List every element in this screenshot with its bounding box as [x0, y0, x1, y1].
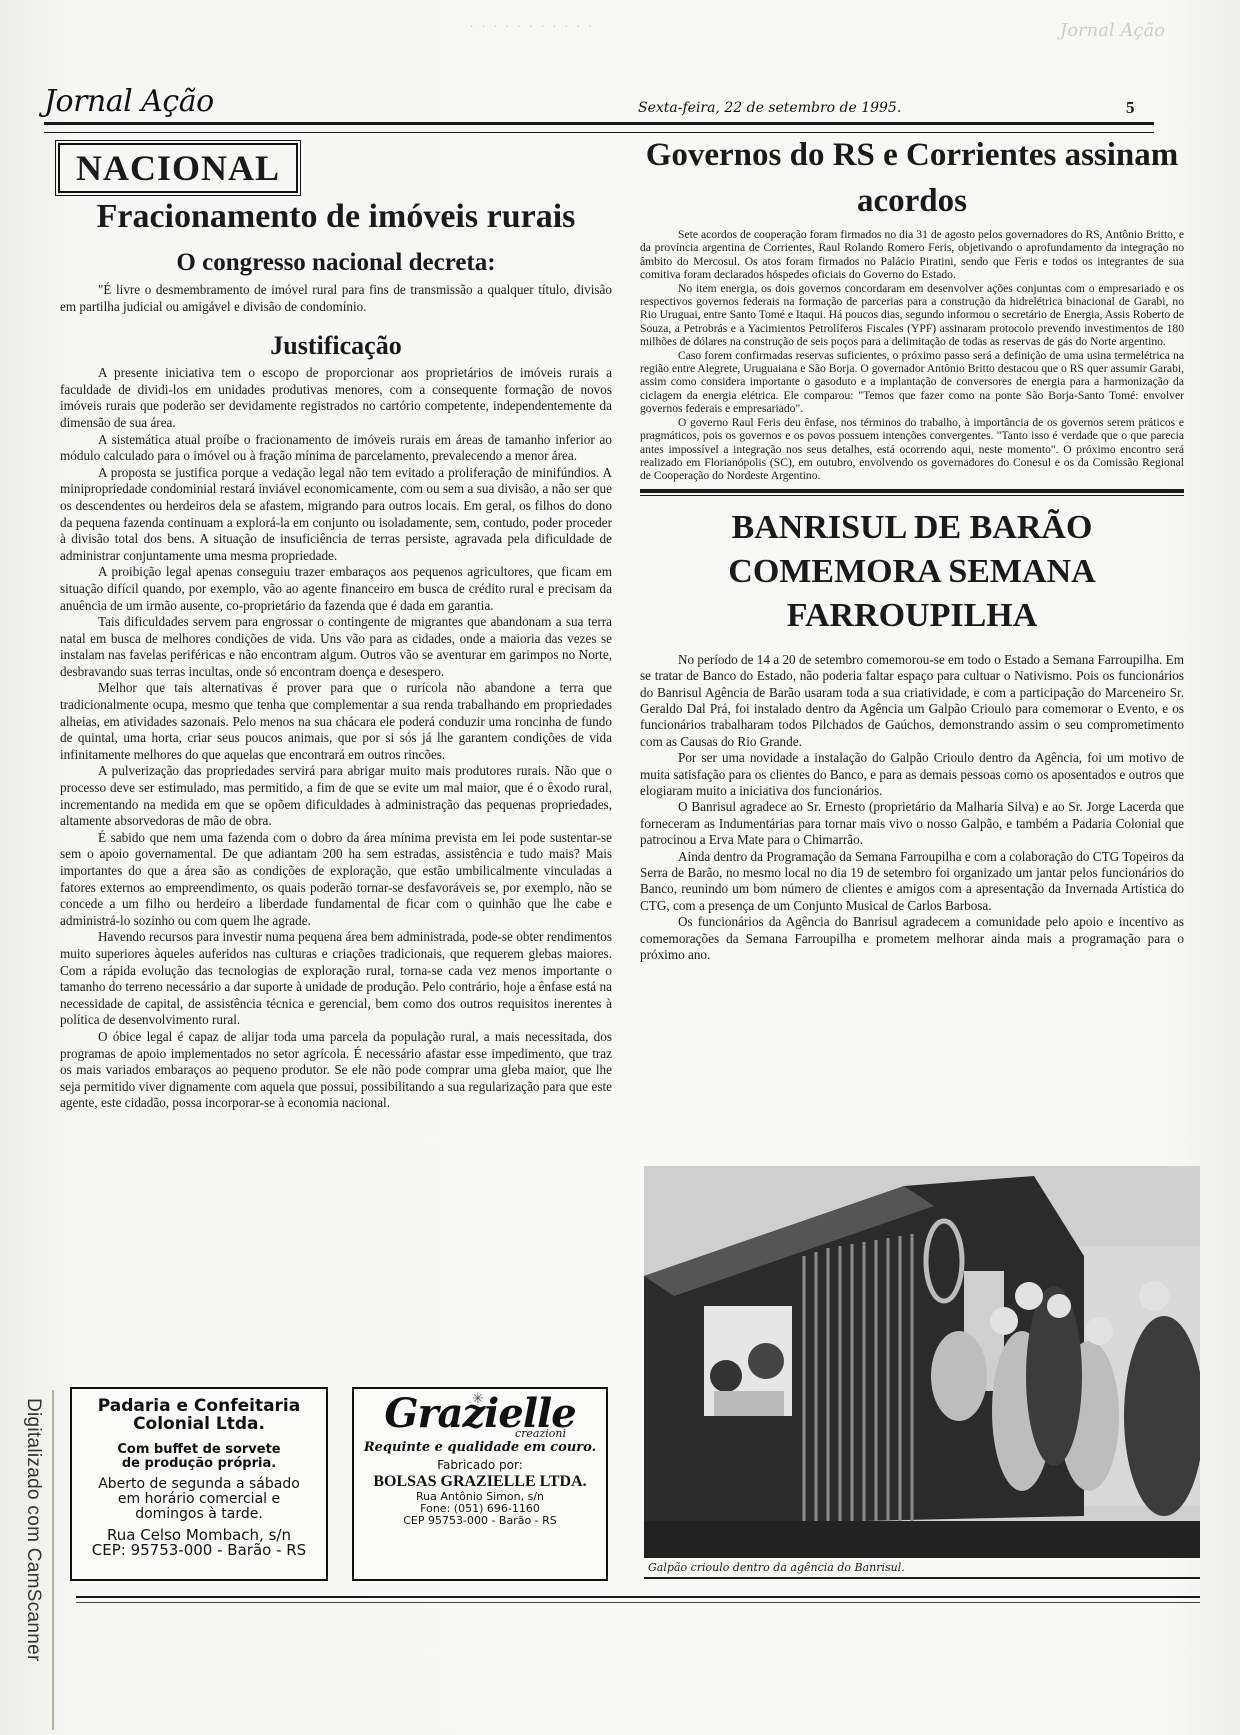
- ad-padaria-colonial: Padaria e Confeitaria Colonial Ltda. Com…: [70, 1387, 328, 1581]
- ad-hours: Aberto de segunda a sábado em horário co…: [72, 1477, 326, 1522]
- article-fracionamento: Fracionamento de imóveis rurais O congre…: [60, 196, 612, 1112]
- ad-title-line: Colonial Ltda.: [133, 1414, 265, 1434]
- ad-company: BOLSAS GRAZIELLE LTDA.: [354, 1473, 606, 1491]
- headline-line: FARROUPILHA: [787, 597, 1038, 634]
- paragraph: A sistemática atual proíbe o fracionamen…: [60, 432, 612, 465]
- paragraph: A presente iniciativa tem o escopo de pr…: [60, 365, 612, 431]
- ad-sub-line: Com buffet de sorvete: [117, 1442, 280, 1457]
- paragraph: O governo Raul Feris deu ênfase, nos tér…: [640, 416, 1184, 483]
- ad-bolsas-grazielle: ✳ Grazielle creazioni Requinte e qualida…: [352, 1387, 608, 1581]
- ad-tagline: Requinte e qualidade em couro.: [354, 1440, 606, 1455]
- ad-address: Rua Celso Mombach, s/n CEP: 95753-000 - …: [72, 1528, 326, 1558]
- ad-title: Padaria e Confeitaria Colonial Ltda.: [72, 1397, 326, 1433]
- paragraph: Melhor que tais alternativas é prover pa…: [60, 680, 612, 763]
- masthead: Jornal Ação Sexta-feira, 22 de setembro …: [44, 84, 1144, 124]
- paragraph: Ainda dentro da Programação da Semana Fa…: [640, 849, 1184, 915]
- paragraph: Tais dificuldades servem para engrossar …: [60, 614, 612, 680]
- article-governos: Governos do RS e Corrientes assinam acor…: [640, 132, 1184, 483]
- article-subhead-justification: Justificação: [60, 331, 612, 361]
- sunburst-icon: ✳: [472, 1391, 484, 1407]
- article-body: No período de 14 a 20 de setembro comemo…: [640, 652, 1184, 964]
- paragraph: O óbice legal é capaz de alijar toda uma…: [60, 1029, 612, 1112]
- article-body: Sete acordos de cooperação foram firmado…: [640, 228, 1184, 483]
- paragraph: Por ser uma novidade a instalação do Gal…: [640, 750, 1184, 799]
- photo-galpao-crioulo: [644, 1166, 1200, 1558]
- newspaper-page: · · · · · · · · · · · Jornal Ação Digita…: [0, 0, 1240, 1735]
- ad-title-line: Padaria e Confeitaria: [98, 1396, 300, 1416]
- headline-line: COMEMORA SEMANA: [728, 553, 1095, 590]
- ad-hours-line: em horário comercial e: [118, 1491, 280, 1507]
- decree-paragraph: "É livre o desmembramento de imóvel rura…: [60, 282, 612, 315]
- paragraph: A proibição legal apenas conseguiu traze…: [60, 564, 612, 614]
- issue-date: Sexta-feira, 22 de setembro de 1995.: [638, 100, 901, 116]
- article-divider-thin: [640, 495, 1184, 496]
- article-banrisul: BANRISUL DE BARÃO COMEMORA SEMANA FARROU…: [640, 506, 1184, 964]
- ad-made-by: Fabricado por:: [354, 1458, 606, 1472]
- page-number: 5: [1126, 98, 1135, 118]
- article-headline: Fracionamento de imóveis rurais: [60, 196, 612, 238]
- paragraph: É sabido que nem uma fazenda com o dobro…: [60, 830, 612, 930]
- article-divider: [640, 489, 1184, 493]
- paragraph: No período de 14 a 20 de setembro comemo…: [640, 652, 1184, 750]
- photo-illustration: [644, 1166, 1200, 1558]
- paragraph: Sete acordos de cooperação foram firmado…: [640, 228, 1184, 282]
- bleed-through-text: · · · · · · · · · · ·: [470, 22, 595, 33]
- scan-edge-line: [52, 1390, 54, 1730]
- newspaper-name: Jornal Ação: [44, 84, 214, 119]
- page-bottom-rule: [76, 1596, 1200, 1603]
- article-subhead-decree: O congresso nacional decreta:: [60, 248, 612, 278]
- ad-hours-line: domingos à tarde.: [135, 1506, 263, 1522]
- paragraph: O Banrisul agradece ao Sr. Ernesto (prop…: [640, 799, 1184, 848]
- decree-text: "É livre o desmembramento de imóvel rura…: [60, 282, 612, 315]
- scanner-watermark: Digitalizado com CamScanner: [14, 1398, 44, 1718]
- section-label: NACIONAL: [58, 143, 298, 193]
- ad-sub-line: de produção própria.: [122, 1456, 276, 1471]
- headline-line: BANRISUL DE BARÃO: [732, 509, 1093, 546]
- ad-hours-line: Aberto de segunda a sábado: [98, 1476, 300, 1492]
- caption-rule: [644, 1577, 1200, 1579]
- paragraph: No item energia, os dois governos concor…: [640, 282, 1184, 349]
- bleed-through-signature: Jornal Ação: [1060, 20, 1165, 41]
- article-headline: Governos do RS e Corrientes assinam acor…: [640, 132, 1184, 224]
- article-headline: BANRISUL DE BARÃO COMEMORA SEMANA FARROU…: [640, 506, 1184, 638]
- photo-caption: Galpão crioulo dentro da agência do Banr…: [648, 1561, 905, 1574]
- ad-address-line: CEP: 95753-000 - Barão - RS: [92, 1541, 306, 1559]
- paragraph: Havendo recursos para investir numa pequ…: [60, 929, 612, 1029]
- ad-cep: CEP 95753-000 - Barão - RS: [354, 1515, 606, 1527]
- paragraph: Caso forem confirmadas reservas suficien…: [640, 349, 1184, 416]
- ad-subtitle: Com buffet de sorvete de produção própri…: [72, 1443, 326, 1471]
- article-body: A presente iniciativa tem o escopo de pr…: [60, 365, 612, 1112]
- paragraph: Os funcionários da Agência do Banrisul a…: [640, 914, 1184, 963]
- paragraph: A proposta se justifica porque a vedação…: [60, 465, 612, 565]
- right-column: Governos do RS e Corrientes assinam acor…: [640, 132, 1184, 963]
- paragraph: A pulverização das propriedades servirá …: [60, 763, 612, 829]
